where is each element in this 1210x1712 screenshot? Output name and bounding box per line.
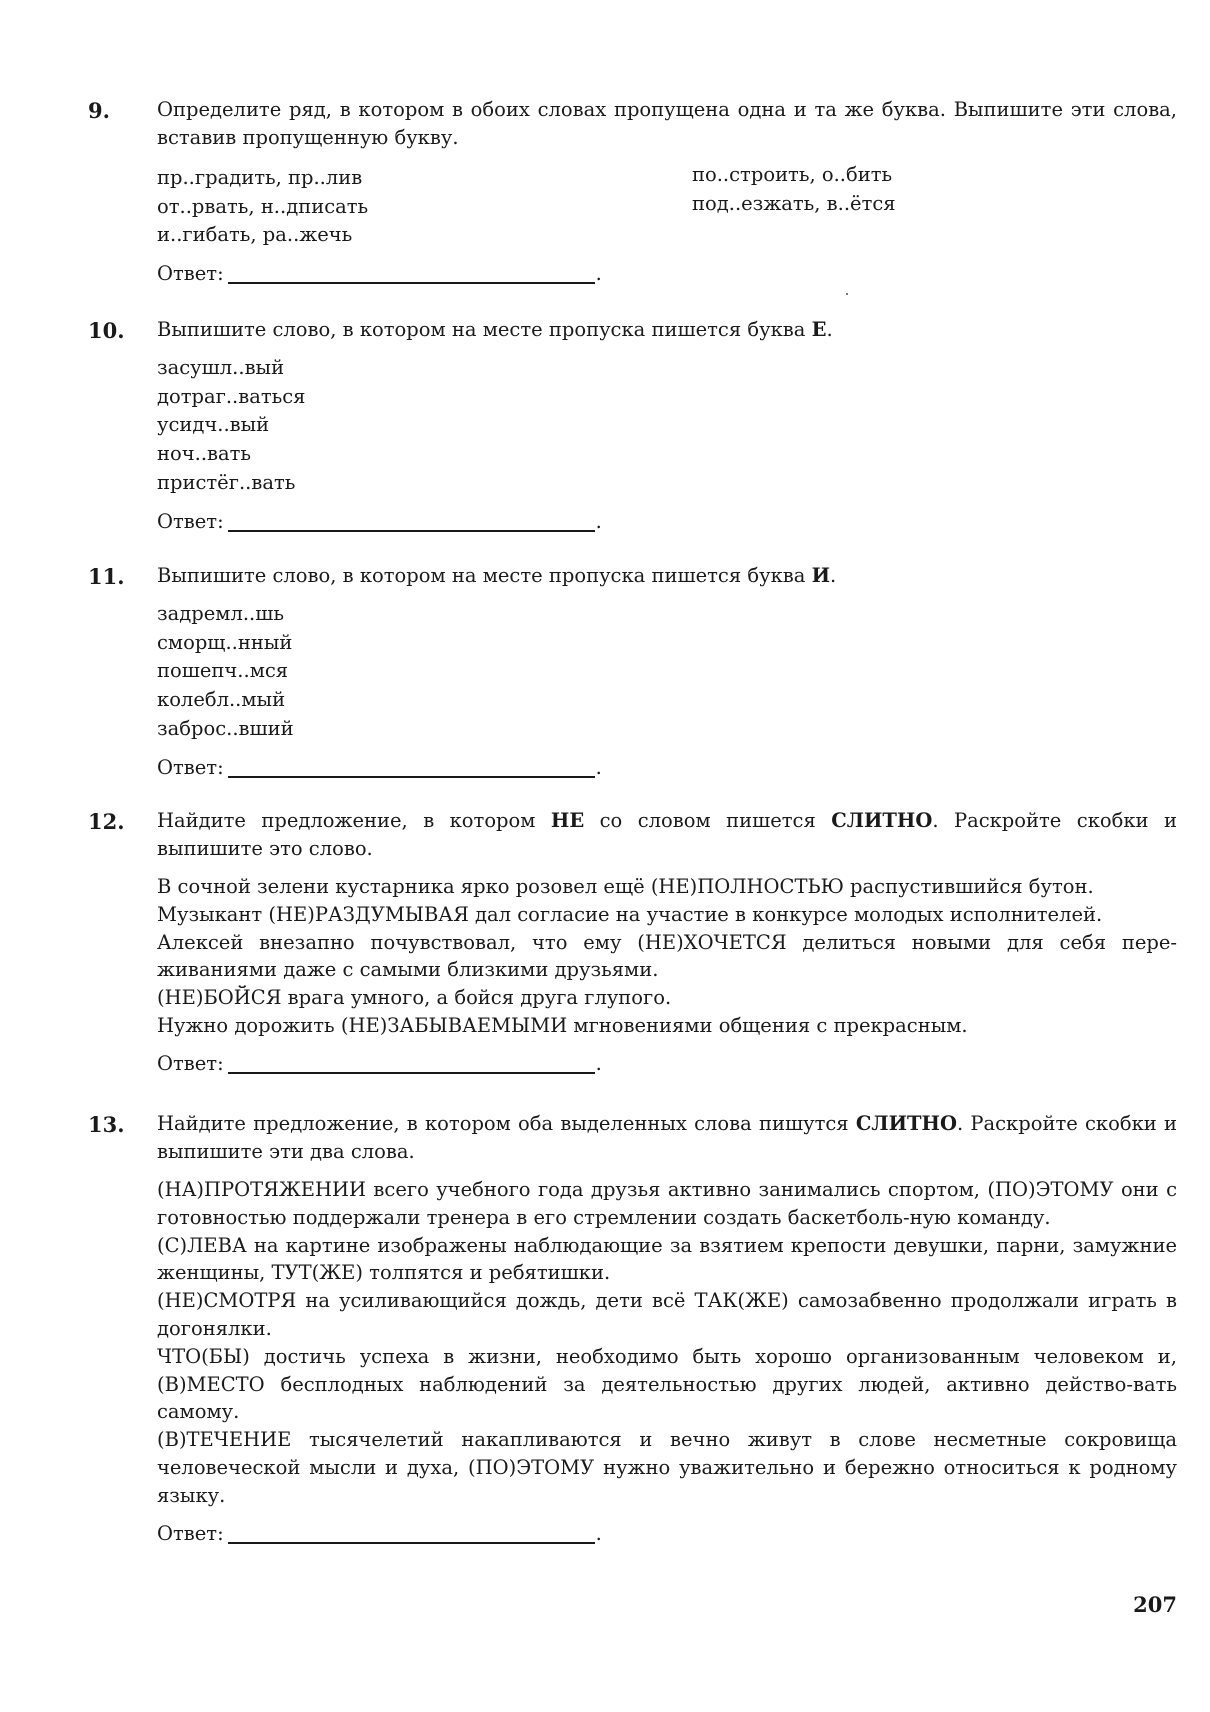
answer-field[interactable] (228, 510, 595, 532)
question-emphasis: И (812, 564, 830, 587)
answer-field[interactable] (228, 756, 595, 778)
answer-label: Ответ: (157, 260, 224, 288)
task-number: 11. (88, 562, 125, 591)
question-text: Выпишите слово, в котором на месте пропу… (157, 318, 812, 341)
answer-row: Ответ: . (157, 754, 1177, 782)
question-emphasis: СЛИТНО (831, 809, 932, 832)
answer-label: Ответ: (157, 754, 224, 782)
option-row: пристёг..вать (157, 469, 1177, 498)
options-list: засушл..вый дотраг..ваться усидч..вый но… (157, 354, 1177, 498)
answer-period: . (596, 1050, 602, 1078)
options-column-left: пр..градить, пр..лив от..рвать, н..дписа… (157, 164, 692, 250)
option-row: ноч..вать (157, 440, 1177, 469)
answer-row: Ответ: . (157, 508, 1177, 536)
answer-field[interactable] (228, 1522, 595, 1544)
scan-artifact (846, 293, 848, 295)
options-list: задремл..шь сморщ..нный пошепч..мся коле… (157, 600, 1177, 744)
answer-row: Ответ: . (157, 260, 1177, 288)
sentence: Музыкант (НЕ)РАЗДУМЫВАЯ дал согласие на … (157, 901, 1177, 929)
option-row: усидч..вый (157, 411, 1177, 440)
task-body: Выпишите слово, в котором на месте пропу… (157, 562, 1177, 782)
question-text: Найдите предложение, в котором (157, 809, 551, 832)
task-question: Выпишите слово, в котором на месте пропу… (157, 316, 1177, 344)
answer-row: Ответ: . (157, 1050, 1177, 1078)
question-emphasis: СЛИТНО (856, 1112, 957, 1135)
sentence: (НА)ПРОТЯЖЕНИИ всего учебного года друзь… (157, 1176, 1177, 1232)
task-question: Определите ряд, в котором в обоих словах… (157, 96, 1177, 152)
question-text: . (826, 318, 832, 341)
task-question: Найдите предложение, в котором НЕ со сло… (157, 807, 1177, 863)
question-emphasis: Е (812, 318, 827, 341)
option-row: по..строить, о..бить (692, 161, 1172, 190)
task-body: Определите ряд, в котором в обоих словах… (157, 96, 1177, 288)
question-text: . (830, 564, 836, 587)
answer-label: Ответ: (157, 508, 224, 536)
option-row: колебл..мый (157, 686, 1177, 715)
sentence: (НЕ)СМОТРЯ на усиливающийся дождь, дети … (157, 1287, 1177, 1343)
sentence-list: В сочной зелени кустарника ярко розовел … (157, 873, 1177, 1040)
task-question: Выпишите слово, в котором на месте пропу… (157, 562, 1177, 590)
answer-field[interactable] (228, 262, 595, 284)
question-emphasis: НЕ (551, 809, 584, 832)
option-row: задремл..шь (157, 600, 1177, 629)
option-row: под..езжать, в..ётся (692, 190, 1172, 219)
task-number: 13. (88, 1110, 125, 1139)
answer-row: Ответ: . (157, 1520, 1177, 1548)
task-body: Найдите предложение, в котором оба выдел… (157, 1110, 1177, 1548)
task-question: Найдите предложение, в котором оба выдел… (157, 1110, 1177, 1166)
task-body: Выпишите слово, в котором на месте пропу… (157, 316, 1177, 536)
answer-label: Ответ: (157, 1520, 224, 1548)
task-number: 12. (88, 807, 125, 836)
question-text: Найдите предложение, в котором оба выдел… (157, 1112, 856, 1135)
answer-period: . (596, 260, 602, 288)
answer-label: Ответ: (157, 1050, 224, 1078)
option-row: пр..градить, пр..лив (157, 164, 692, 193)
task-number: 9. (88, 96, 110, 125)
textbook-page: 9. Определите ряд, в котором в обоих сло… (0, 0, 1210, 1712)
sentence: (С)ЛЕВА на картине изображены наблюдающи… (157, 1232, 1177, 1288)
sentence: (НЕ)БОЙСЯ врага умного, а бойся друга гл… (157, 984, 1177, 1012)
answer-period: . (596, 754, 602, 782)
task-body: Найдите предложение, в котором НЕ со сло… (157, 807, 1177, 1078)
option-row: пошепч..мся (157, 657, 1177, 686)
option-row: и..гибать, ра..жечь (157, 221, 692, 250)
sentence: Алексей внезапно почувствовал, что ему (… (157, 929, 1177, 985)
options-column-right: по..строить, о..бить под..езжать, в..ётс… (692, 161, 1172, 250)
task-number: 10. (88, 316, 125, 345)
answer-period: . (596, 1520, 602, 1548)
option-row: заброс..вший (157, 715, 1177, 744)
sentence: В сочной зелени кустарника ярко розовел … (157, 873, 1177, 901)
sentence-list: (НА)ПРОТЯЖЕНИИ всего учебного года друзь… (157, 1176, 1177, 1510)
sentence: Нужно дорожить (НЕ)ЗАБЫВАЕМЫМИ мгновения… (157, 1012, 1177, 1040)
sentence: (В)ТЕЧЕНИЕ тысячелетий накапливаются и в… (157, 1426, 1177, 1509)
option-row: сморщ..нный (157, 629, 1177, 658)
answer-period: . (596, 508, 602, 536)
option-row: от..рвать, н..дписать (157, 193, 692, 222)
sentence: ЧТО(БЫ) достичь успеха в жизни, необходи… (157, 1343, 1177, 1426)
question-text: Выпишите слово, в котором на месте пропу… (157, 564, 812, 587)
page-number: 207 (1133, 1592, 1177, 1617)
options-grid: пр..градить, пр..лив от..рвать, н..дписа… (157, 164, 1177, 250)
option-row: дотраг..ваться (157, 383, 1177, 412)
answer-field[interactable] (228, 1052, 595, 1074)
option-row: засушл..вый (157, 354, 1177, 383)
question-text: со словом пишется (584, 809, 831, 832)
